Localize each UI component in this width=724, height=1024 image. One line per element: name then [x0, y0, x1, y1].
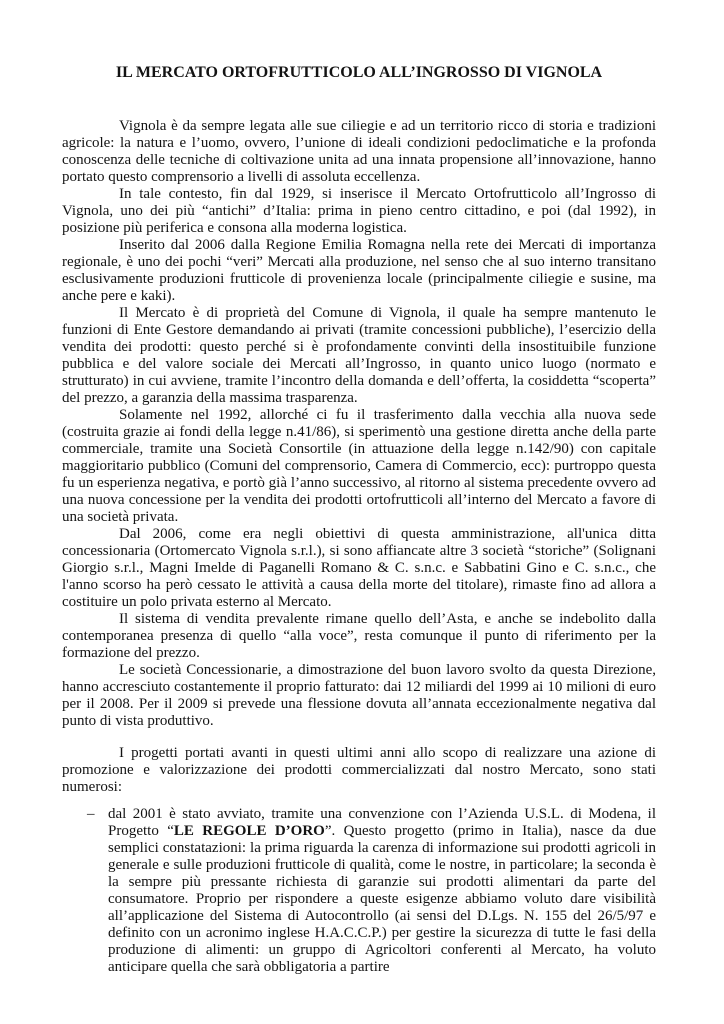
- paragraph-fatturato: Le società Concessionarie, a dimostrazio…: [62, 662, 656, 730]
- paragraph-intro-vignola: Vignola è da sempre legata alle sue cili…: [62, 118, 656, 186]
- paragraph-2006-concessionarie: Dal 2006, come era negli obiettivi di qu…: [62, 526, 656, 611]
- list-item-regole-doro: –dal 2001 è stato avviato, tramite una c…: [62, 806, 656, 976]
- paragraph-regione-emilia: Inserito dal 2006 dalla Regione Emilia R…: [62, 237, 656, 305]
- project-name-bold: LE REGOLE D’ORO: [174, 823, 325, 839]
- paragraph-1992-gestione: Solamente nel 1992, allorché ci fu il tr…: [62, 407, 656, 526]
- projects-list: –dal 2001 è stato avviato, tramite una c…: [62, 806, 656, 976]
- dash-bullet-marker: –: [87, 806, 95, 823]
- document-title: IL MERCATO ORTOFRUTTICOLO ALL’INGROSSO D…: [62, 63, 656, 83]
- paragraph-contesto-1929: In tale contesto, fin dal 1929, si inser…: [62, 186, 656, 237]
- list-item-text-after: ”. Questo progetto (primo in Italia), na…: [108, 823, 656, 975]
- paragraph-progetti: I progetti portati avanti in questi ulti…: [62, 745, 656, 796]
- paragraph-proprieta-comune: Il Mercato è di proprietà del Comune di …: [62, 305, 656, 407]
- document-page: IL MERCATO ORTOFRUTTICOLO ALL’INGROSSO D…: [0, 0, 724, 1024]
- paragraph-sistema-asta: Il sistema di vendita prevalente rimane …: [62, 611, 656, 662]
